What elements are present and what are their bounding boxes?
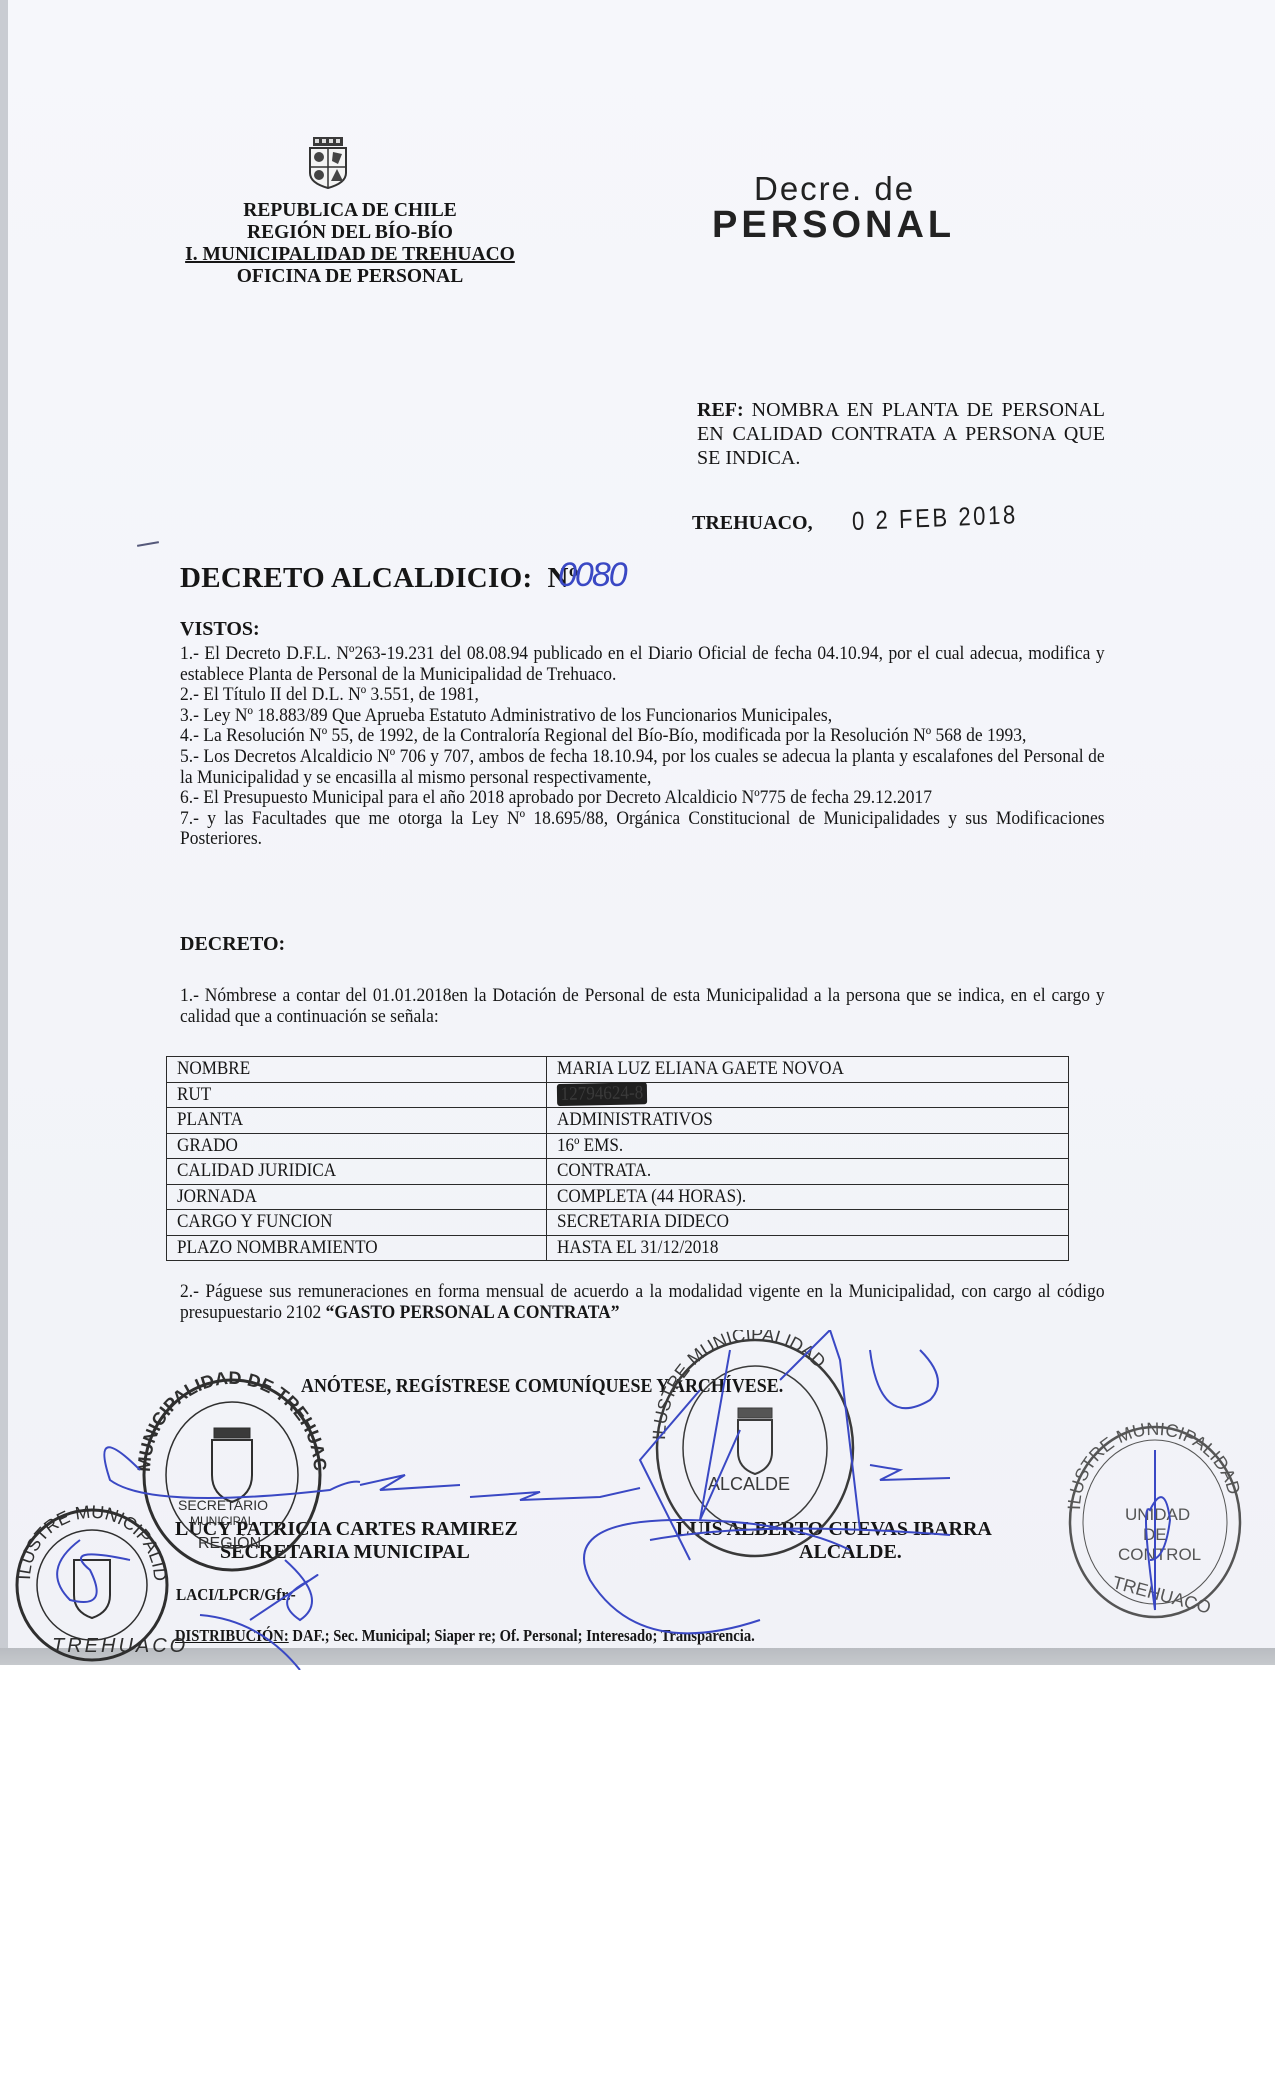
field-value-text: 16º EMS. — [557, 1135, 623, 1157]
field-value: CONTRATA. — [547, 1159, 1069, 1185]
scan-edge — [0, 1648, 1275, 1665]
field-value-text: ADMINISTRATIVOS — [557, 1109, 713, 1131]
redacted-rut: 12794624-8 — [557, 1082, 647, 1106]
field-label: PLAZO NOMBRAMIENTO — [167, 1235, 547, 1261]
header-line-region: REGIÓN DEL BÍO-BÍO — [150, 222, 550, 244]
table-row: NOMBREMARIA LUZ ELIANA GAETE NOVOA — [167, 1057, 1069, 1083]
table-row: GRADO16º EMS. — [167, 1133, 1069, 1159]
ref-text: NOMBRA EN PLANTA DE PERSONAL EN CALIDAD … — [697, 399, 1105, 469]
field-label: PLANTA — [167, 1108, 547, 1134]
vistos-item: 5.- Los Decretos Alcaldicio Nº 706 y 707… — [180, 747, 1105, 788]
article-2: 2.- Páguese sus remuneraciones en forma … — [180, 1282, 1105, 1323]
table-row: JORNADACOMPLETA (44 HORAS). — [167, 1184, 1069, 1210]
field-value: MARIA LUZ ELIANA GAETE NOVOA — [547, 1057, 1069, 1083]
header-line-office: OFICINA DE PERSONAL — [150, 266, 550, 288]
field-value-text: HASTA EL 31/12/2018 — [557, 1237, 718, 1259]
vistos-heading: VISTOS: — [180, 618, 260, 641]
institution-header: REPUBLICA DE CHILE REGIÓN DEL BÍO-BÍO I.… — [150, 200, 550, 288]
field-label-text: PLANTA — [177, 1109, 243, 1131]
department-stamp: Decre. de PERSONAL — [712, 170, 955, 247]
distribution-line: DISTRIBUCIÓN: DAF.; Sec. Municipal; Siap… — [175, 1626, 755, 1646]
vistos-item: 1.- El Decreto D.F.L. Nº263-19.231 del 0… — [180, 644, 1105, 685]
field-value-text: COMPLETA (44 HORAS). — [557, 1186, 746, 1208]
vistos-item: 7.- y las Facultades que me otorga la Le… — [180, 809, 1105, 850]
table-row: PLAZO NOMBRAMIENTOHASTA EL 31/12/2018 — [167, 1235, 1069, 1261]
field-label-text: NOMBRE — [177, 1058, 250, 1080]
mayor-name: LUIS ALBERTO CUEVAS IBARRA — [676, 1518, 1046, 1541]
decree-title: DECRETO ALCALDICIO: Nº — [180, 562, 579, 595]
closing-formula: ANÓTESE, REGÍSTRESE COMUNÍQUESE Y ARCHÍV… — [301, 1376, 783, 1398]
field-label: NOMBRE — [167, 1057, 547, 1083]
vistos-item: 2.- El Título II del D.L. Nº 3.551, de 1… — [180, 685, 1105, 706]
field-value-text: MARIA LUZ ELIANA GAETE NOVOA — [557, 1058, 844, 1080]
field-label: RUT — [167, 1082, 547, 1108]
field-label-text: RUT — [177, 1084, 211, 1106]
article-2-text: 2.- Páguese sus remuneraciones en forma … — [180, 1281, 1105, 1323]
signature-block-mayor: LUIS ALBERTO CUEVAS IBARRA ALCALDE. — [676, 1518, 1046, 1564]
signature-block-secretary: LUCY PATRICIA CARTES RAMIREZ SECRETARIA … — [175, 1518, 575, 1564]
field-value-text: SECRETARIA DIDECO — [557, 1211, 729, 1233]
vistos-item: 3.- Ley Nº 18.883/89 Que Aprueba Estatut… — [180, 706, 1105, 727]
secretary-name: LUCY PATRICIA CARTES RAMIREZ — [175, 1518, 575, 1541]
ref-label: REF: — [697, 399, 744, 421]
field-label: CARGO Y FUNCION — [167, 1210, 547, 1236]
field-label-text: GRADO — [177, 1135, 238, 1157]
appointment-table: NOMBREMARIA LUZ ELIANA GAETE NOVOARUT127… — [166, 1056, 1069, 1261]
field-value: 12794624-8 — [547, 1082, 1069, 1108]
distribution-text: DAF.; Sec. Municipal; Siaper re; Of. Per… — [289, 1626, 755, 1645]
municipal-coat-of-arms-icon — [307, 137, 349, 189]
stamp-line-2: PERSONAL — [712, 204, 955, 247]
field-label: JORNADA — [167, 1184, 547, 1210]
vistos-item: 4.- La Resolución Nº 55, de 1992, de la … — [180, 726, 1105, 747]
header-line-municipality: I. MUNICIPALIDAD DE TREHUACO — [150, 244, 550, 266]
distribution-label: DISTRIBUCIÓN: — [175, 1626, 289, 1645]
field-label-text: JORNADA — [177, 1186, 257, 1208]
table-row: CALIDAD JURIDICACONTRATA. — [167, 1159, 1069, 1185]
table-row: RUT12794624-8 — [167, 1082, 1069, 1108]
field-label-text: CALIDAD JURIDICA — [177, 1160, 336, 1182]
article-1: 1.- Nómbrese a contar del 01.01.2018en l… — [180, 986, 1105, 1027]
field-label-text: CARGO Y FUNCION — [177, 1211, 333, 1233]
field-value-text: CONTRATA. — [557, 1160, 651, 1182]
mayor-title: ALCALDE. — [676, 1541, 1046, 1564]
field-value: ADMINISTRATIVOS — [547, 1108, 1069, 1134]
decreto-heading: DECRETO: — [180, 933, 285, 956]
table-row: PLANTAADMINISTRATIVOS — [167, 1108, 1069, 1134]
initials: LACI/LPCR/Gfr.- — [176, 1585, 296, 1605]
table-row: CARGO Y FUNCIONSECRETARIA DIDECO — [167, 1210, 1069, 1236]
field-value: 16º EMS. — [547, 1133, 1069, 1159]
field-value: COMPLETA (44 HORAS). — [547, 1184, 1069, 1210]
field-label-text: PLAZO NOMBRAMIENTO — [177, 1237, 378, 1259]
field-value: HASTA EL 31/12/2018 — [547, 1235, 1069, 1261]
stamp-line-1: Decre. de — [712, 170, 955, 208]
decree-title-text: DECRETO ALCALDICIO: — [180, 562, 532, 594]
field-value: SECRETARIA DIDECO — [547, 1210, 1069, 1236]
vistos-item: 6.- El Presupuesto Municipal para el año… — [180, 788, 1105, 809]
secretary-title: SECRETARIA MUNICIPAL — [175, 1541, 575, 1564]
budget-code-name: “GASTO PERSONAL A CONTRATA” — [326, 1302, 620, 1323]
field-label: CALIDAD JURIDICA — [167, 1159, 547, 1185]
decree-number-handwritten: 0080 — [558, 556, 626, 595]
vistos-list: 1.- El Decreto D.F.L. Nº263-19.231 del 0… — [180, 644, 1105, 850]
article-1-text: 1.- Nómbrese a contar del 01.01.2018en l… — [180, 986, 1105, 1027]
reference-block: REF:NOMBRA EN PLANTA DE PERSONAL EN CALI… — [697, 398, 1105, 470]
field-label: GRADO — [167, 1133, 547, 1159]
place-label: TREHUACO, — [692, 512, 813, 535]
header-line-country: REPUBLICA DE CHILE — [150, 200, 550, 222]
